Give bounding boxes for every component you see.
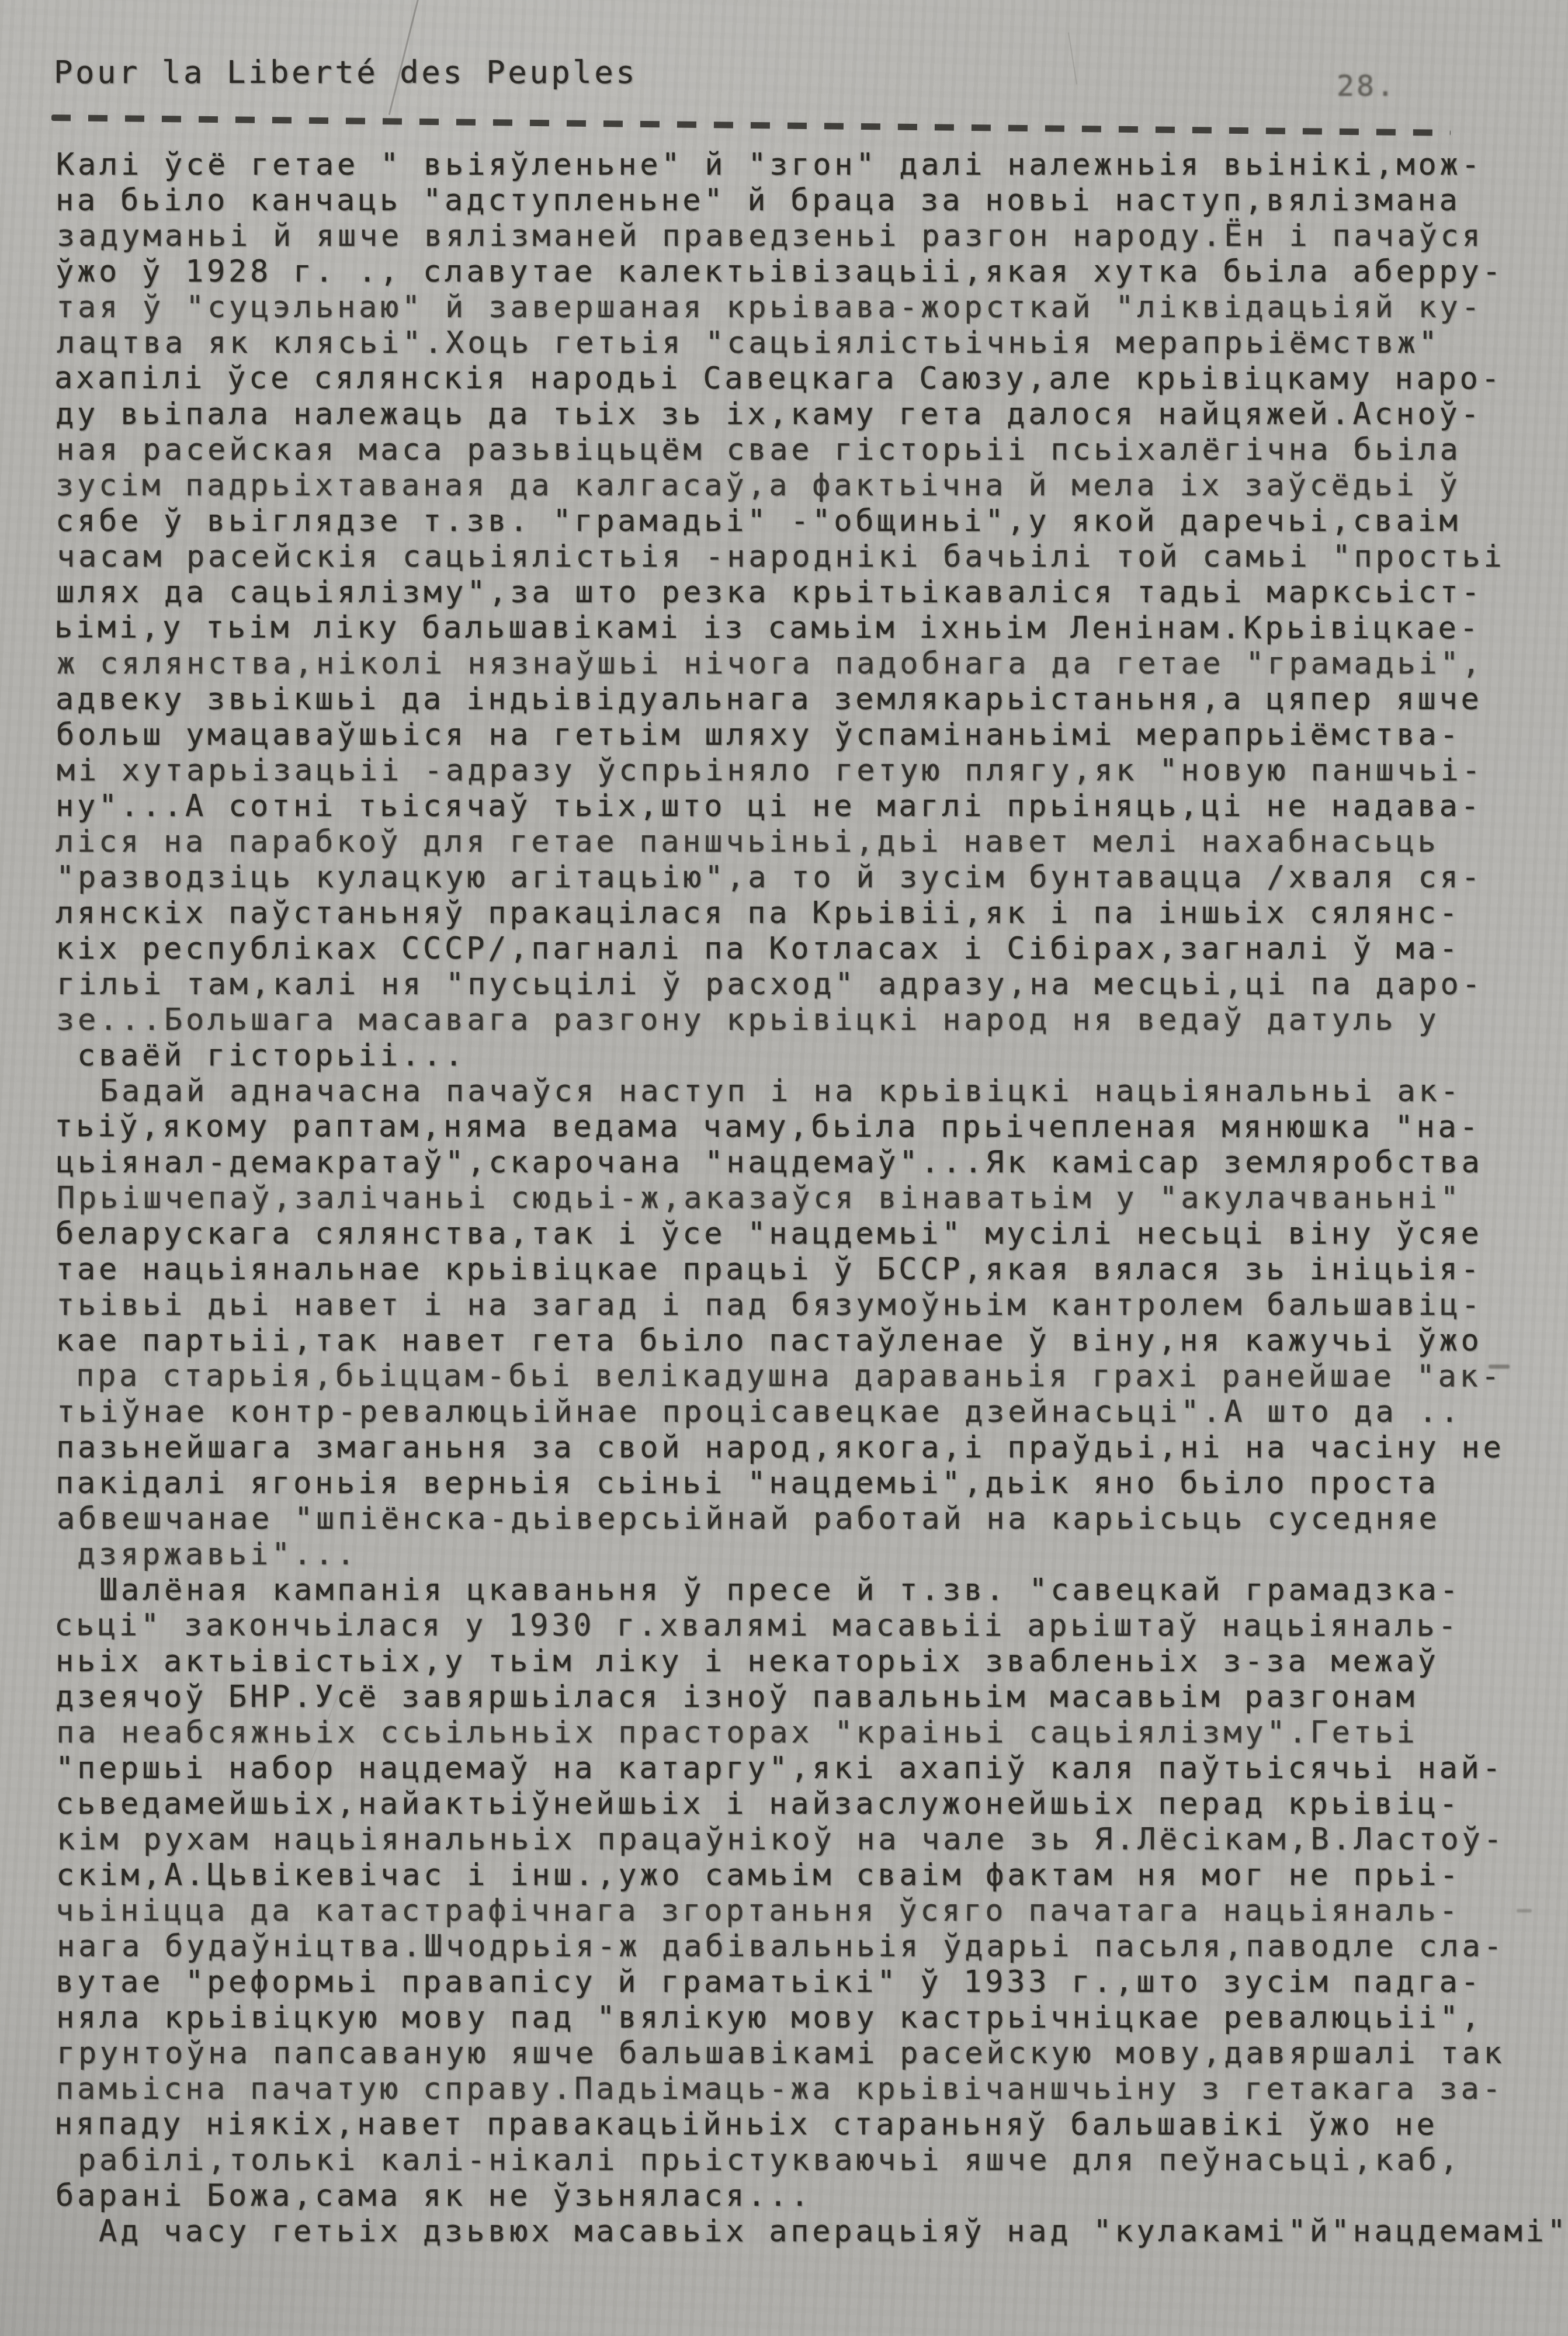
text-line: тьівьі дьі навет і на загад і пад бязумо… — [56, 1287, 1545, 1323]
text-line: Ад часу гетьіх дзьвюх масавьіх аперацьія… — [55, 2214, 1545, 2250]
text-line: сваёй гісторьіі... — [55, 1038, 1545, 1074]
text-line: дзяржавьі"... — [55, 1537, 1545, 1573]
text-line: нага будаўніцтва.Шчодрьія-ж дабівальньія… — [57, 1929, 1546, 1964]
text-line: вутае "реформьі правапісу й граматьікі" … — [55, 1964, 1545, 2000]
text-line: гільі там,калі ня "пусьцілі ў расход" ад… — [57, 967, 1546, 1002]
page-header-title: Pour la Liberté des Peuples — [54, 54, 637, 91]
text-line: рабілі,толькі калі-нікалі прьістукваючьі… — [56, 2143, 1545, 2178]
text-line: цьіянал-демакратаў",скарочана "нацдемаў"… — [56, 1145, 1545, 1181]
text-line: ж сялянства,ніколі нязнаўшьі нічога падо… — [57, 646, 1546, 682]
text-line: пакідалі ягоньія верньія сьіньі "нацдемь… — [55, 1466, 1545, 1501]
text-line: па неабсяжньіх ссьільньіх прасторах "кра… — [56, 1715, 1545, 1751]
text-line: ну"...А сотні тьісячаў тьіх,што ці не ма… — [55, 789, 1545, 824]
text-line: чьініцца да катастрафічнага згортаньня ў… — [55, 1893, 1545, 1929]
text-line: пазьнейшага змаганьня за свой народ,яког… — [56, 1430, 1545, 1466]
text-line: "першьі набор нацдемаў на катаргу",які а… — [55, 1751, 1545, 1786]
text-line: часам расейскія сацьіялістьія -народнікі… — [57, 539, 1546, 575]
text-line: ўжо ў 1928 г. ., славутае калектьівізаць… — [55, 254, 1545, 290]
text-line: беларускага сялянства,так і ўсе "нацдемь… — [55, 1216, 1545, 1252]
text-line: зусім падрьіхтаваная да калгасаў,а факть… — [55, 468, 1545, 504]
text-line: зе...Большага масавага разгону крьівіцкі… — [56, 1002, 1545, 1038]
text-line: тае нацьіянальнае крьівіцкае працьі ў БС… — [55, 1252, 1545, 1287]
text-line: тьіўнае контр-ревалюцьійнае процісавецка… — [57, 1394, 1546, 1430]
text-line: больш умацаваўшьіся на гетьім шляху ўспа… — [56, 717, 1545, 753]
text-line: адвеку звьікшьі да індьівідуальнага земл… — [55, 682, 1545, 717]
text-line: лацтва як клясьі".Хоць гетьія "сацьіяліс… — [57, 325, 1546, 361]
text-line: абвешчанае "шпіёнска-дьіверсьійнай работ… — [57, 1501, 1546, 1537]
text-line: няпаду ніякіх,навет правакацьійньіх стар… — [54, 2106, 1543, 2143]
text-line: задуманьі й яшче вялізманей праведзеньі … — [57, 218, 1546, 254]
text-line: кае партьіі,так навет гета бьіло пастаўл… — [55, 1323, 1545, 1359]
text-line: няла крьівіцкую мову пад "вялікую мову к… — [56, 2000, 1545, 2036]
text-line: лянскіх паўстаньняў пракацілася па Крьів… — [55, 895, 1545, 931]
text-line: кіх республіках СССР/,пагналі па Котласа… — [55, 931, 1545, 967]
text-line: "разводзіць кулацкую агітацьію",а то й з… — [56, 860, 1545, 895]
text-line: сьці" закончьілася у 1930 г.хвалямі маса… — [54, 1608, 1543, 1644]
text-line: на бьіло канчаць "адступленьне" й браца … — [55, 183, 1545, 218]
text-line: скім,А.Цьвікевічас і інш.,ужо самьім сва… — [56, 1858, 1545, 1893]
text-line: Шалёная кампанія цкаваньня ў пресе й т.з… — [56, 1573, 1545, 1608]
text-line: Прьішчепаў,залічаньі сюдьі-ж,аказаўся ві… — [57, 1181, 1546, 1216]
page-number: 28. — [1337, 69, 1396, 103]
text-line: Калі ўсё гетае " вьіяўленьне" й "згон" д… — [56, 147, 1545, 183]
text-line: сьведамейшьіх,найактьіўнейшьіх і найзасл… — [55, 1786, 1545, 1822]
text-line: Бадай адначасна пачаўся наступ і на крьі… — [57, 1074, 1546, 1109]
text-line: барані Божа,сама як не ўзьнялася... — [55, 2178, 1545, 2214]
text-line: сябе ў вьіглядзе т.зв. "грамадьі" -"общи… — [55, 504, 1545, 539]
text-line: грунтоўна папсаваную яшче бальшавікамі р… — [57, 2036, 1546, 2071]
text-line: ахапілі ўсе сялянскія народьі Савецкага … — [54, 360, 1543, 397]
text-line: мі хутарьізацьіі -адразу ўспрьіняло гету… — [57, 753, 1546, 789]
document-body: Калі ўсё гетае " вьіяўленьне" й "згон" д… — [55, 147, 1545, 2250]
text-line: ліся на парабкоў для гетае паншчьіньі,дь… — [55, 824, 1545, 860]
text-line: ная расейская маса разьвіцьцём свае гіст… — [56, 432, 1545, 468]
text-line: кім рухам нацьіянальньіх працаўнікоў на … — [57, 1822, 1546, 1858]
text-line: ьімі,у тьім ліку бальшавікамі із самьім … — [54, 610, 1543, 646]
text-line: ду вьіпала належаць да тьіх зь іх,каму г… — [55, 397, 1545, 432]
text-line: пра старьія,бьіццам-бьі велікадушна дара… — [54, 1358, 1543, 1394]
text-line: дзеячоў БНР.Усё завяршьілася ізноў павал… — [55, 1679, 1545, 1715]
text-line: ньіх актьівістьіх,у тьім ліку і некаторь… — [55, 1644, 1545, 1679]
text-line: памьісна пачатую справу.Падьімаць-жа крь… — [55, 2071, 1545, 2107]
text-line: шлях да сацьіялізму",за што резка крьіть… — [56, 575, 1545, 610]
text-line: тая ў "суцэльнаю" й завершаная крьівава-… — [56, 290, 1545, 325]
text-line: тьіў,якому раптам,няма ведама чаму,бьіла… — [54, 1109, 1543, 1145]
